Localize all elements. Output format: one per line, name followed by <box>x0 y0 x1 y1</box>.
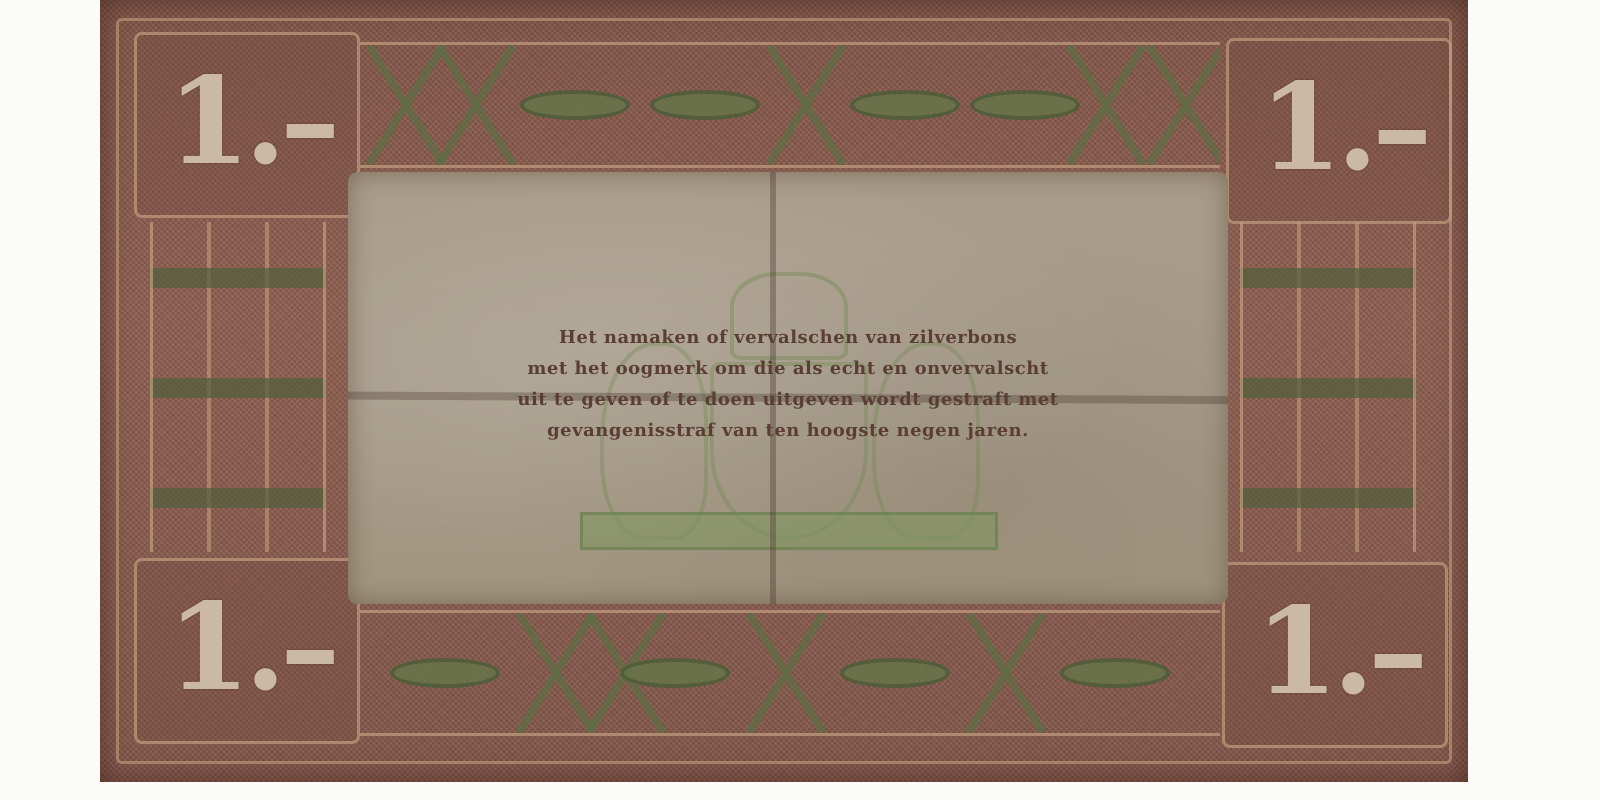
corner-top-right: 1.– <box>1226 38 1452 224</box>
top-ornament-band <box>360 42 1220 168</box>
leaf-ornament <box>390 658 500 688</box>
cross-ornament <box>1140 45 1220 165</box>
leaf-ornament <box>1060 658 1170 688</box>
counterfeit-warning-text: Het namaken of vervalschen van zilverbon… <box>348 322 1228 446</box>
cross-ornament <box>740 613 830 733</box>
warning-line: Het namaken of vervalschen van zilverbon… <box>348 322 1228 353</box>
left-lattice-ornament <box>150 222 326 552</box>
cross-ornament <box>1060 45 1150 165</box>
warning-line: gevangenisstraf van ten hoogste negen ja… <box>348 415 1228 446</box>
leaf-ornament <box>850 90 960 120</box>
leaf-ornament <box>620 658 730 688</box>
denomination-numeral: 1.– <box>167 57 334 187</box>
corner-top-left: 1.– <box>134 32 360 218</box>
denomination-numeral: 1.– <box>1255 587 1422 717</box>
corner-bottom-left: 1.– <box>134 558 360 744</box>
denomination-numeral: 1.– <box>1259 63 1426 193</box>
warning-line: uit te geven of te doen uitgeven wordt g… <box>348 384 1228 415</box>
denomination-numeral: 1.– <box>167 583 334 713</box>
motto-ribbon <box>580 512 998 550</box>
cross-ornament <box>760 45 850 165</box>
right-lattice-ornament <box>1240 222 1416 552</box>
corner-bottom-right: 1.– <box>1222 562 1448 748</box>
center-panel: Het namaken of vervalschen van zilverbon… <box>348 172 1228 604</box>
cross-ornament <box>430 45 520 165</box>
bottom-ornament-band <box>360 610 1220 736</box>
banknote: 1.– 1.– 1.– 1.– Het namaken of vervalsch… <box>100 0 1468 782</box>
cross-ornament <box>960 613 1050 733</box>
warning-line: met het oogmerk om die als echt en onver… <box>348 353 1228 384</box>
leaf-ornament <box>650 90 760 120</box>
leaf-ornament <box>840 658 950 688</box>
leaf-ornament <box>520 90 630 120</box>
